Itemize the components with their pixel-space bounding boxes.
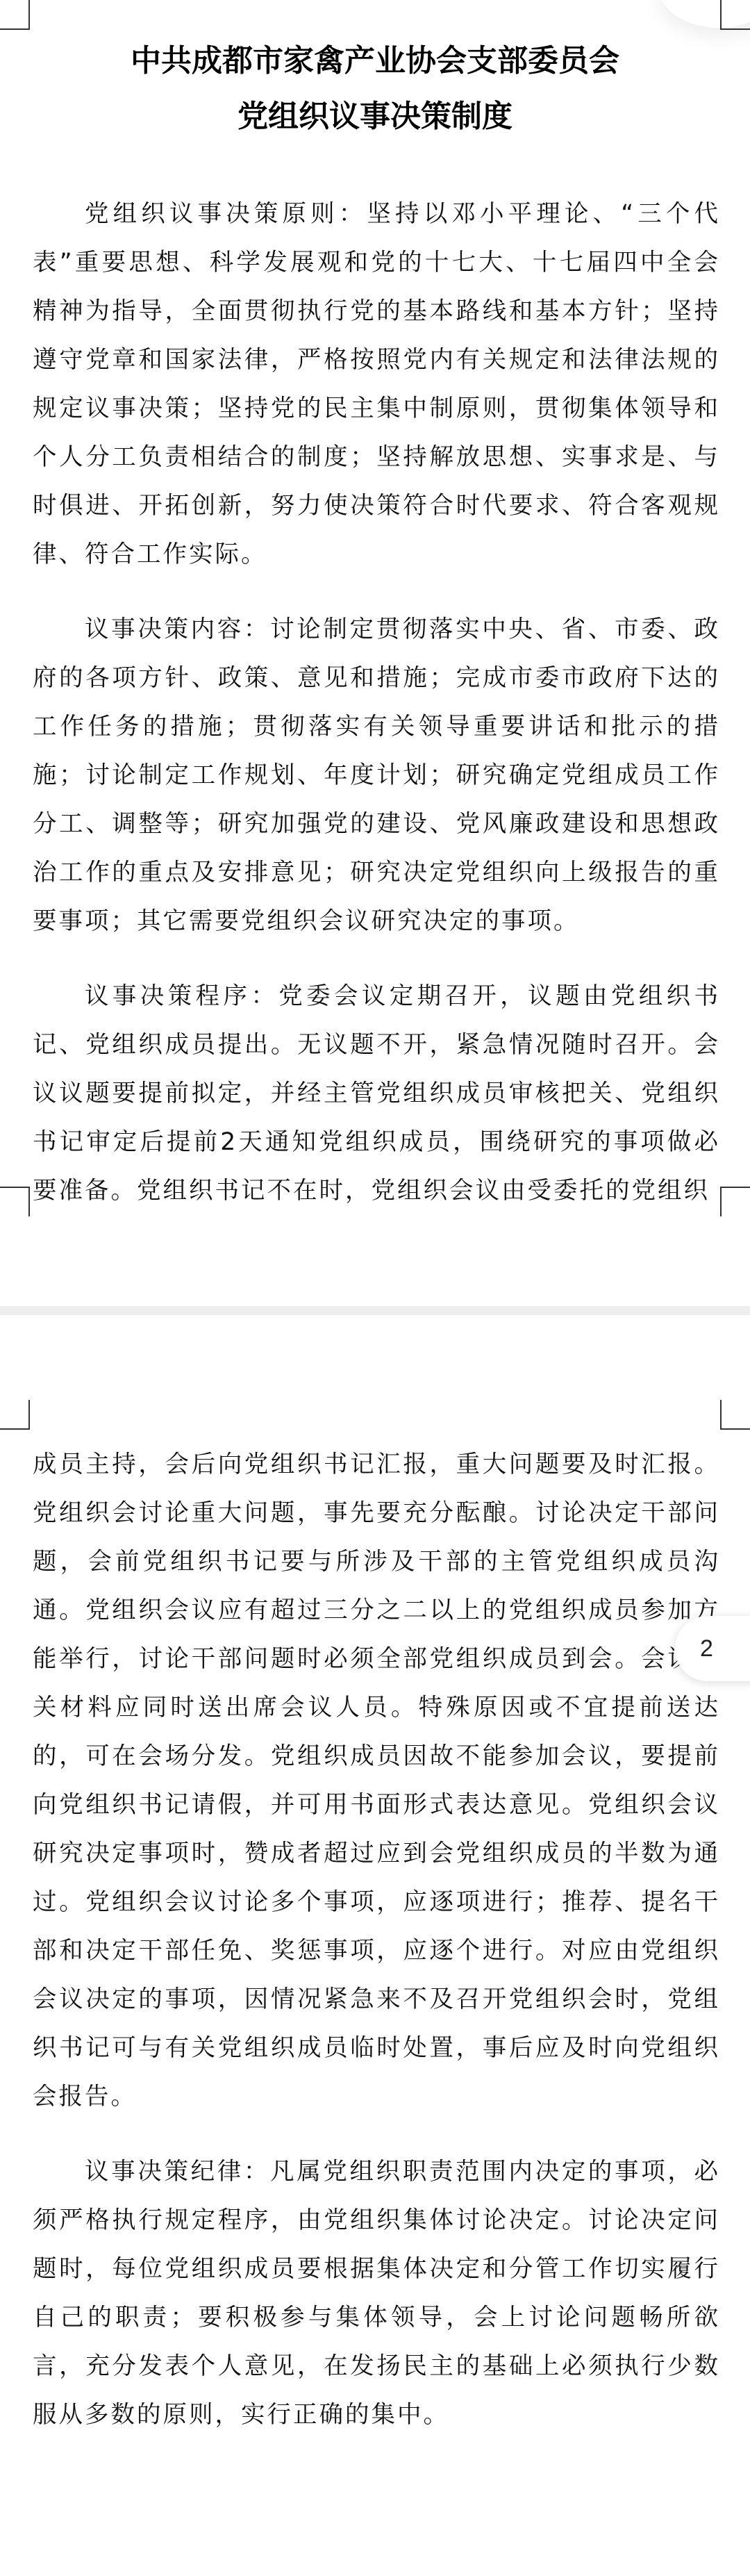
document-title-line-1: 中共成都市家禽产业协会支部委员会 — [0, 33, 750, 89]
paragraph-procedure-continued: 成员主持，会后向党组织书记汇报，重大问题要及时汇报。党组织会讨论重大问题，事先要… — [33, 1440, 720, 2121]
page-number-label: 2 — [700, 1635, 713, 1662]
crop-mark-top-right — [720, 1400, 750, 1430]
document-title-line-2: 党组织议事决策制度 — [0, 89, 750, 145]
paragraph-discipline: 议事决策纪律：凡属党组织职责范围内决定的事项，必须严格执行规定程序，由党组织集体… — [33, 2147, 720, 2439]
crop-mark-top-right — [720, 0, 750, 30]
page-number-indicator[interactable]: 2 — [675, 1616, 750, 1681]
crop-mark-bottom-left — [0, 1187, 30, 1216]
page-separator — [0, 1306, 750, 1315]
document-page-2: 成员主持，会后向党组织书记汇报，重大问题要及时汇报。党组织会讨论重大问题，事先要… — [0, 1315, 750, 2576]
crop-mark-bottom-right — [720, 1187, 750, 1216]
crop-mark-top-left — [0, 0, 30, 30]
page-1-body: 党组织议事决策原则：坚持以邓小平理论、“三个代表”重要思想、科学发展观和党的十七… — [33, 190, 720, 1241]
document-page-1: 中共成都市家禽产业协会支部委员会 党组织议事决策制度 党组织议事决策原则：坚持以… — [0, 0, 750, 1306]
page-2-body: 成员主持，会后向党组织书记汇报，重大问题要及时汇报。党组织会讨论重大问题，事先要… — [33, 1440, 720, 2466]
crop-mark-top-left — [0, 1400, 30, 1430]
paragraph-content: 议事决策内容：讨论制定贯彻落实中央、省、市委、政府的各项方针、政策、意见和措施；… — [33, 605, 720, 946]
paragraph-procedure: 议事决策程序：党委会议定期召开，议题由党组织书记、党组织成员提出。无议题不开，紧… — [33, 972, 720, 1215]
paragraph-principles: 党组织议事决策原则：坚持以邓小平理论、“三个代表”重要思想、科学发展观和党的十七… — [33, 190, 720, 579]
